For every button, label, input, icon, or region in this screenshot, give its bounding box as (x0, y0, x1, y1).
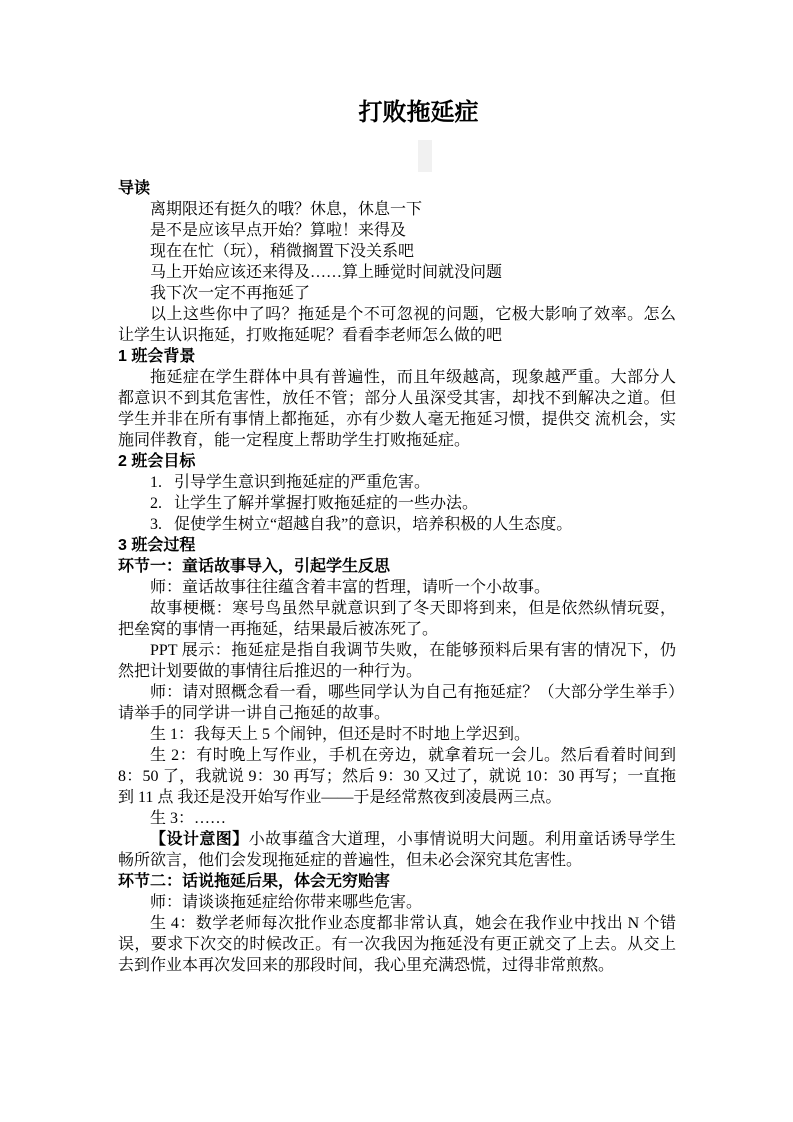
quote-line: 是不是应该早点开始？算啦！来得及 (118, 220, 676, 241)
section-heading: 环节一：童话故事导入，引起学生反思 (118, 556, 676, 577)
section-heading: 导读 (118, 178, 676, 199)
image-placeholder (418, 140, 432, 172)
quote-line: 现在在忙（玩），稍微搁置下没关系吧 (118, 241, 676, 262)
body-paragraph: 生 2：有时晚上写作业，手机在旁边，就拿着玩一会儿。然后看着时间到 8：50 了… (118, 745, 676, 808)
quote-line: 离期限还有挺久的哦？休息，休息一下 (118, 199, 676, 220)
quote-line: 马上开始应该还来得及……算上睡觉时间就没问题 (118, 262, 676, 283)
list-item: 3.促使学生树立“超越自我”的意识，培养积极的人生态度。 (118, 514, 676, 535)
quote-line: 我下次一定不再拖延了 (118, 283, 676, 304)
list-item-text: 让学生了解并掌握打败拖延症的一些办法。 (174, 495, 478, 512)
section-heading: 3 班会过程 (118, 535, 676, 556)
section-heading: 1 班会背景 (118, 346, 676, 367)
body-paragraph: PPT 展示：拖延症是指自我调节失败，在能够预料后果有害的情况下，仍然把计划要做… (118, 640, 676, 682)
body-paragraph: 师：请对照概念看一看，哪些同学认为自己有拖延症？（大部分学生举手）请举手的同学讲… (118, 682, 676, 724)
list-marker: 2. (150, 495, 162, 512)
body-paragraph: 拖延症在学生群体中具有普遍性，而且年级越高，现象越严重。大部分人都意识不到其危害… (118, 367, 676, 451)
list-item-text: 促使学生树立“超越自我”的意识，培养积极的人生态度。 (174, 516, 572, 533)
list-item-text: 引导学生意识到拖延症的严重危害。 (174, 474, 430, 491)
document-page: 打败拖延症 导读离期限还有挺久的哦？休息，休息一下是不是应该早点开始？算啦！来得… (0, 0, 793, 1122)
design-intent-label: 【设计意图】 (150, 831, 249, 848)
body-paragraph: 生 3：…… (118, 808, 676, 829)
list-marker: 3. (150, 516, 162, 533)
body-paragraph: 生 1：我每天上 5 个闹钟，但还是时不时地上学迟到。 (118, 724, 676, 745)
body-paragraph: 以上这些你中了吗？拖延是个不可忽视的问题，它极大影响了效率。怎么让学生认识拖延，… (118, 304, 676, 346)
list-item: 2.让学生了解并掌握打败拖延症的一些办法。 (118, 493, 676, 514)
list-item: 1.引导学生意识到拖延症的严重危害。 (118, 472, 676, 493)
document-title: 打败拖延症 (0, 96, 793, 130)
document-body: 导读离期限还有挺久的哦？休息，休息一下是不是应该早点开始？算啦！来得及现在在忙（… (118, 178, 676, 976)
body-paragraph: 生 4：数学老师每次批作业态度都非常认真，她会在我作业中找出 N 个错误，要求下… (118, 913, 676, 976)
body-paragraph: 师：童话故事往往蕴含着丰富的哲理，请听一个小故事。 (118, 577, 676, 598)
body-paragraph: 【设计意图】小故事蕴含大道理，小事情说明大问题。利用童话诱导学生畅所欲言，他们会… (118, 829, 676, 871)
section-heading: 2 班会目标 (118, 451, 676, 472)
body-paragraph: 师：请谈谈拖延症给你带来哪些危害。 (118, 892, 676, 913)
list-marker: 1. (150, 474, 162, 491)
section-heading: 环节二：话说拖延后果，体会无穷贻害 (118, 871, 676, 892)
body-paragraph: 故事梗概：寒号鸟虽然早就意识到了冬天即将到来，但是依然纵情玩耍，把垒窝的事情一再… (118, 598, 676, 640)
